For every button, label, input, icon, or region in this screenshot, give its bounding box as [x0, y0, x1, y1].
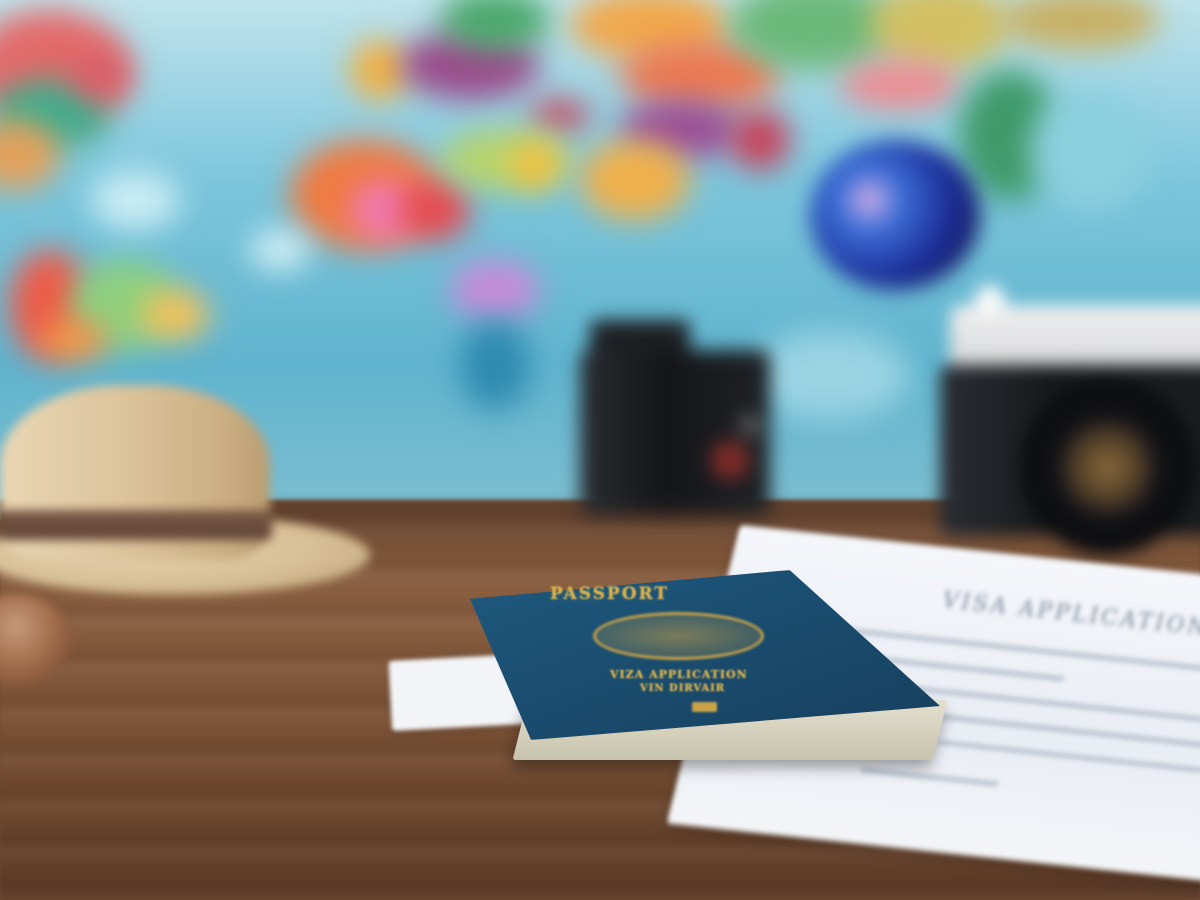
biometric-chip-icon [692, 702, 717, 712]
camera-red-light [710, 440, 750, 480]
form-line [860, 768, 998, 787]
passport: PASSPORT VIZA APPLICATION VIN DIRVAIR [470, 570, 940, 770]
camera-button [740, 415, 760, 435]
camera-shutter-knob [975, 285, 1005, 315]
foreground-camera [935, 285, 1200, 585]
camera-lens [1020, 380, 1195, 555]
coat-of-arms-icon [593, 612, 764, 660]
straw-hat [0, 385, 380, 605]
passport-title: PASSPORT [550, 584, 669, 604]
background-camera [580, 320, 775, 515]
photo-scene: VISA APPLICATION PASSPORT VIZA APPLICATI… [0, 0, 1200, 900]
passport-subtitle-2: VIN DIRVAIR [640, 683, 725, 694]
camera-body [580, 350, 770, 515]
passport-subtitle-1: VIZA APPLICATION [610, 668, 748, 681]
form-title: VISA APPLICATION [940, 588, 1200, 641]
globe [810, 140, 980, 290]
form-line [938, 740, 1200, 772]
hat-band [0, 510, 272, 540]
